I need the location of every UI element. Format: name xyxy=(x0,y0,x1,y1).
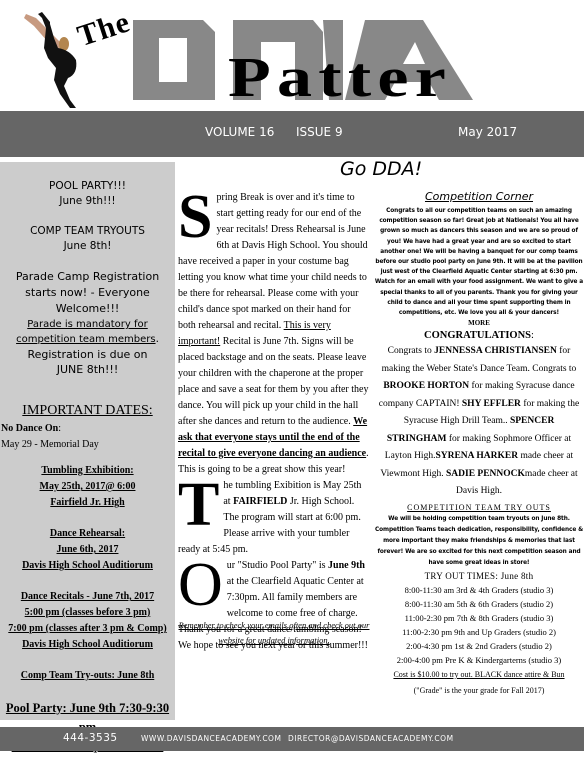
announcement-parade-camp: Parade Camp Registration starts now! - E… xyxy=(0,269,175,317)
comp-tryouts-title: COMPETITION TEAM TRY OUTS xyxy=(374,501,584,514)
dropcap-o: O xyxy=(178,560,223,610)
volume-number: VOLUME 16 xyxy=(205,125,274,139)
competition-corner: Competition Corner Congrats to all our c… xyxy=(374,190,584,699)
competition-intro: Congrats to all our competition teams on… xyxy=(374,206,584,318)
sidebar-announcements: POOL PARTY!!! June 9th!!! COMP TEAM TRYO… xyxy=(0,162,175,377)
website-reminder: Remember to check your emails often and … xyxy=(178,618,370,648)
announcement-registration-due: Registration is due on xyxy=(0,347,175,362)
announcement-registration-date: JUNE 8th!!! xyxy=(0,362,175,377)
event-tumbling-date: May 25th, 2017@ 6:00 xyxy=(0,479,175,495)
tryout-times-list: 8:00-11:30 am 3rd & 4th Graders (studio … xyxy=(374,583,584,667)
footer-website-link[interactable]: WWW.DAVISDANCEACADEMY.COM xyxy=(141,734,281,743)
event-recitals-title: Dance Recitals - June 7th, 2017 xyxy=(0,589,175,605)
tryout-time-row: 11:00-2:30 pm 7th & 8th Graders (studio … xyxy=(374,611,584,625)
honoree: SYRENA HARKER xyxy=(435,451,518,461)
announcement-pool-date: June 9th!!! xyxy=(0,194,175,209)
tryout-time-row: 2:00-4:30 pm 1st & 2nd Graders (studio 2… xyxy=(374,639,584,653)
article-recitals: Spring Break is over and it's time to st… xyxy=(178,190,370,478)
announcement-pool-party: POOL PARTY!!! xyxy=(0,179,175,194)
comp-tryouts-text: We will be holding competition team tryo… xyxy=(374,514,584,569)
more-link[interactable]: MORE xyxy=(374,318,584,328)
tryout-cost: Cost is $10.00 to try out. BLACK dance a… xyxy=(374,667,584,682)
tryout-time-row: 8:00-11:30 am 3rd & 4th Graders (studio … xyxy=(374,583,584,597)
volume-bar: VOLUME 16 ISSUE 9 May 2017 xyxy=(0,111,584,157)
issue-date: May 2017 xyxy=(458,125,517,139)
event-rehearsal-title: Dance Rehearsal: xyxy=(0,526,175,542)
tryout-time-row: 2:00-4:00 pm Pre K & Kindergarterns (stu… xyxy=(374,653,584,667)
footer-bar: 444-3535 WWW.DAVISDANCEACADEMY.COM DIREC… xyxy=(0,727,584,751)
event-recitals-location: Davis High School Auditiorum xyxy=(0,637,175,653)
grade-note: ("Grade" is the your grade for Fall 2017… xyxy=(374,682,584,699)
honoree: BROOKE HORTON xyxy=(383,381,469,391)
sidebar: POOL PARTY!!! June 9th!!! COMP TEAM TRYO… xyxy=(0,162,175,720)
important-dates-title: IMPORTANT DATES: xyxy=(0,403,175,419)
event-rehearsal-location: Davis High School Auditiorum xyxy=(0,558,175,574)
no-dance-notice: No Dance On: May 29 - Memorial Day xyxy=(0,421,175,453)
tryout-time-row: 8:00-11:30 am 5th & 6th Graders (studio … xyxy=(374,597,584,611)
issue-number: ISSUE 9 xyxy=(296,125,343,139)
dropcap-t: T xyxy=(178,480,219,530)
no-dance-label: No Dance On xyxy=(1,423,58,434)
event-recitals-late: 7:00 pm (classes after 3 pm & Comp) xyxy=(0,621,175,637)
competition-corner-title: Competition Corner xyxy=(374,190,584,204)
tumbling-venue: FAIRFIELD xyxy=(233,496,287,507)
dropcap-s: S xyxy=(178,192,212,242)
announcement-tryouts-date: June 8th! xyxy=(0,239,175,254)
event-rehearsal-date: June 6th, 2017 xyxy=(0,542,175,558)
main-heading: Go DDA! xyxy=(340,158,422,180)
article-tumbling: The tumbling Exibition is May 25th at FA… xyxy=(178,478,370,558)
footer-phone[interactable]: 444-3535 xyxy=(63,732,118,744)
masthead: The Patter xyxy=(0,0,584,110)
honoree: JENNESSA CHRISTIANSEN xyxy=(434,346,557,356)
pool-party-date: June 9th xyxy=(328,560,365,571)
honoree: SADIE PENNOCK xyxy=(446,469,525,479)
event-comp-tryouts: Comp Team Try-outs: June 8th xyxy=(0,668,175,684)
no-dance-date: May 29 - Memorial Day xyxy=(1,437,175,453)
tryout-time-row: 11:00-2:30 pm 9th and Up Graders (studio… xyxy=(374,625,584,639)
congratulations-title: CONGRATULATIONS: xyxy=(374,328,584,343)
main-articles: Spring Break is over and it's time to st… xyxy=(178,190,370,654)
event-tumbling-title: Tumbling Exhibition: xyxy=(0,463,175,479)
event-tumbling-location: Fairfield Jr. High xyxy=(0,495,175,511)
honoree: SHY EFFLER xyxy=(462,399,521,409)
footer-email-link[interactable]: DIRECTOR@DAVISDANCEACADEMY.COM xyxy=(288,734,454,743)
tryout-times-header: TRY OUT TIMES: June 8th xyxy=(374,569,584,583)
announcement-comp-tryouts: COMP TEAM TRYOUTS xyxy=(0,224,175,239)
announcement-parade-mandatory: Parade is mandatory for competition team… xyxy=(16,319,155,345)
event-recitals-early: 5:00 pm (classes before 3 pm) xyxy=(0,605,175,621)
congratulations-text: Congrats to JENNESSA CHRISTIANSEN for ma… xyxy=(374,343,584,501)
masthead-patter: Patter xyxy=(228,50,452,106)
